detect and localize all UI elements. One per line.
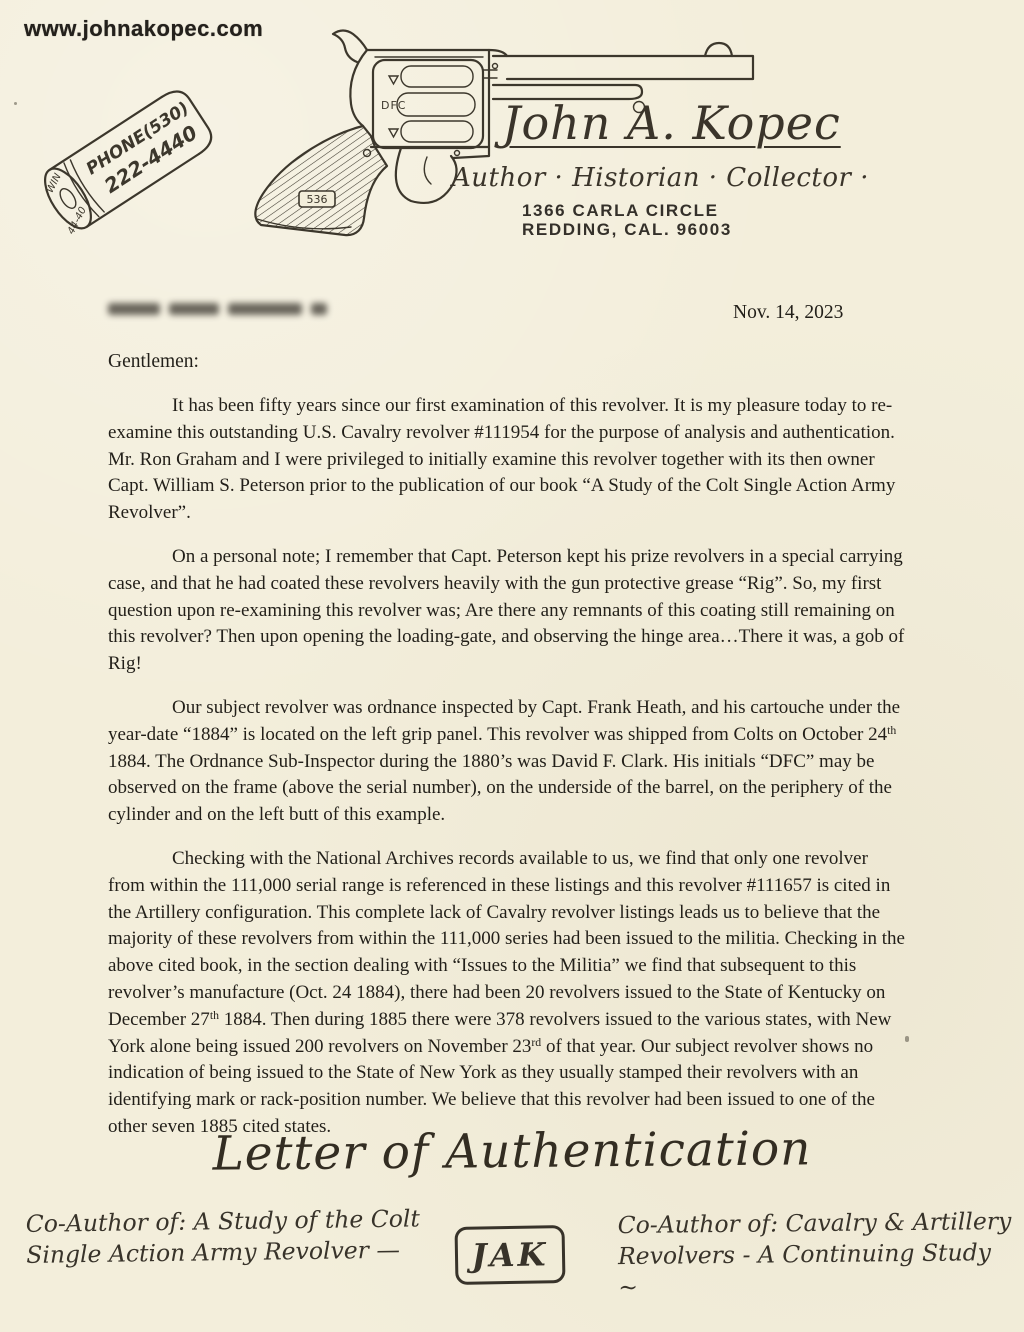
headstamp-caliber-text: 44-40	[66, 205, 89, 236]
letterhead-address: 1366 CARLA CIRCLE REDDING, CAL. 96003	[522, 201, 732, 239]
redacted-blob	[169, 303, 219, 315]
author-subtitle-script: Author · Historian · Collector ·	[452, 163, 869, 193]
right-credit: Co-Author of: Cavalry & Artillery Revolv…	[618, 1206, 1019, 1303]
paragraph-3: Our subject revolver was ordnance inspec…	[108, 695, 908, 829]
jak-monogram: JAK	[455, 1225, 566, 1285]
letter-of-authentication-title: Letter of Authentication	[0, 1120, 1024, 1184]
letter-date: Nov. 14, 2023	[733, 302, 843, 324]
cylinder-dfc-mark: DFC	[381, 99, 406, 112]
redacted-blob	[228, 303, 302, 315]
author-name-script: John A. Kopec	[502, 96, 841, 150]
redacted-blob	[108, 303, 160, 315]
scan-speck	[905, 1036, 909, 1042]
grip-butt-mark: 536	[307, 193, 328, 206]
right-credit-line1: Co-Author of: Cavalry & Artillery	[618, 1206, 1018, 1241]
scan-speck	[14, 102, 17, 105]
paragraph-4: Checking with the National Archives reco…	[108, 846, 908, 1141]
address-line1: 1366 CARLA CIRCLE	[522, 201, 732, 220]
paragraph-2: On a personal note; I remember that Capt…	[108, 544, 908, 678]
right-credit-line2: Revolvers - A Continuing Study ~	[618, 1237, 1019, 1303]
left-credit: Co-Author of: A Study of the Colt Single…	[26, 1203, 447, 1271]
salutation: Gentlemen:	[108, 351, 199, 373]
paragraph-1: It has been fifty years since our first …	[108, 393, 908, 527]
redacted-blob	[311, 303, 327, 315]
address-line2: REDDING, CAL. 96003	[522, 220, 732, 239]
letter-body: It has been fifty years since our first …	[108, 393, 908, 1158]
redacted-addressee	[108, 300, 327, 318]
letter-page: www.johnakopec.com WIN 44-40 PHONE(530) …	[0, 0, 1024, 1332]
left-credit-line2: Single Action Army Revolver —	[26, 1234, 446, 1271]
